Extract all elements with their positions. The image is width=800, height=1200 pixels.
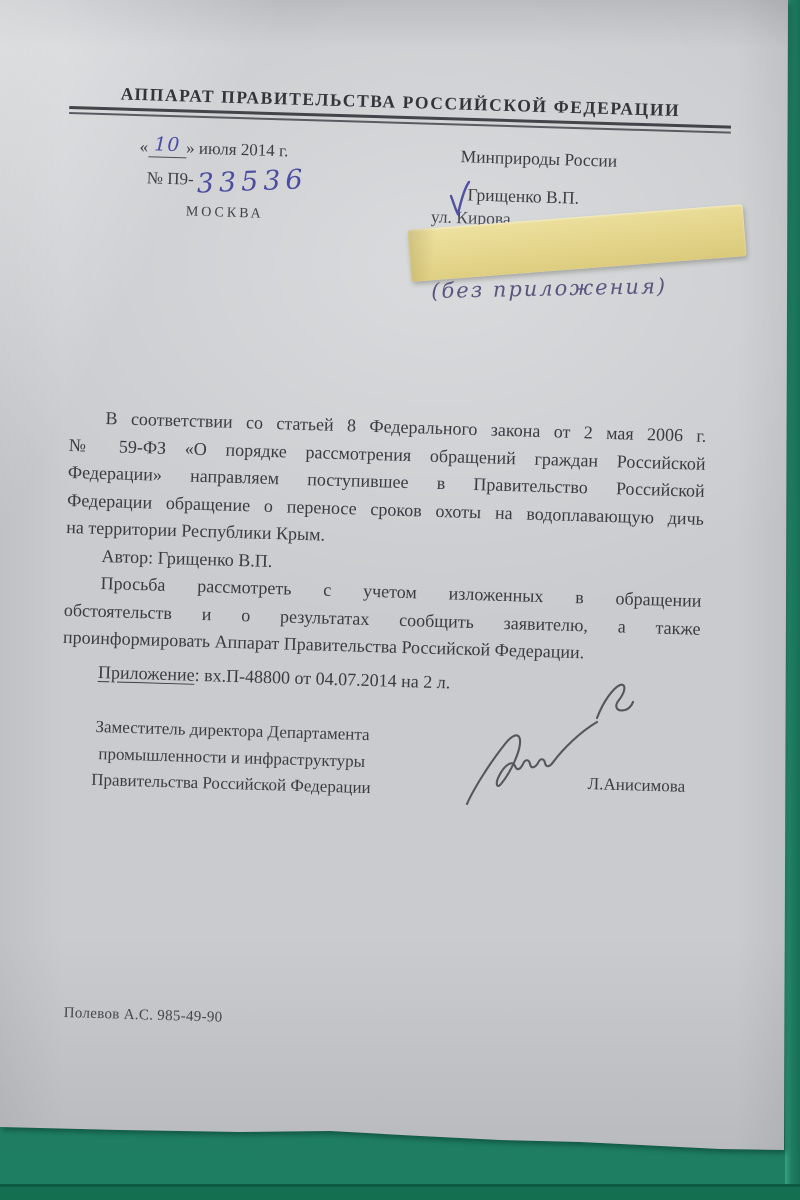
photo-scene: АППАРАТ ПРАВИТЕЛЬСТВА РОССИЙСКОЙ ФЕДЕРАЦ…: [0, 0, 800, 1200]
document-content: АППАРАТ ПРАВИТЕЛЬСТВА РОССИЙСКОЙ ФЕДЕРАЦ…: [0, 0, 800, 1200]
date-line: «10» июля 2014 г.: [139, 137, 308, 162]
letterhead: АППАРАТ ПРАВИТЕЛЬСТВА РОССИЙСКОЙ ФЕДЕРАЦ…: [69, 82, 732, 133]
date-blank: 10: [148, 137, 187, 158]
body-text: В соответствии со статьей 8 Федерального…: [62, 404, 707, 704]
meta-left-block: «10» июля 2014 г. № П9-33536 МОСКВА: [138, 137, 309, 224]
addressee-org: Минприроды России: [460, 146, 617, 172]
signature-title: Заместитель директора Департамента промы…: [60, 713, 404, 803]
checkmark-icon: [447, 180, 473, 227]
reg-number-line: № П9-33536: [146, 163, 308, 199]
city-label: МОСКВА: [186, 204, 307, 224]
signature-autograph: [455, 672, 655, 817]
attachment-text: : вх.П-48800 от 04.07.2014 на 2 л.: [194, 664, 450, 692]
handwritten-reg-number: 33536: [196, 164, 308, 199]
paper-wrap: АППАРАТ ПРАВИТЕЛЬСТВА РОССИЙСКОЙ ФЕДЕРАЦ…: [0, 0, 800, 1200]
paper-document: АППАРАТ ПРАВИТЕЛЬСТВА РОССИЙСКОЙ ФЕДЕРАЦ…: [0, 0, 800, 1200]
handwritten-note: (без приложения): [431, 274, 667, 303]
attachment-label: Приложение: [98, 661, 195, 684]
addressee-name: Грищенко В.П.: [467, 184, 616, 209]
reg-number-prefix: № П9-: [147, 168, 194, 188]
executor-contact: Полевов А.С. 985-49-90: [63, 1005, 222, 1027]
date-rest: » июля 2014 г.: [186, 138, 289, 160]
signer-name: Л.Анисимова: [587, 774, 685, 797]
handwritten-day: 10: [154, 133, 181, 156]
